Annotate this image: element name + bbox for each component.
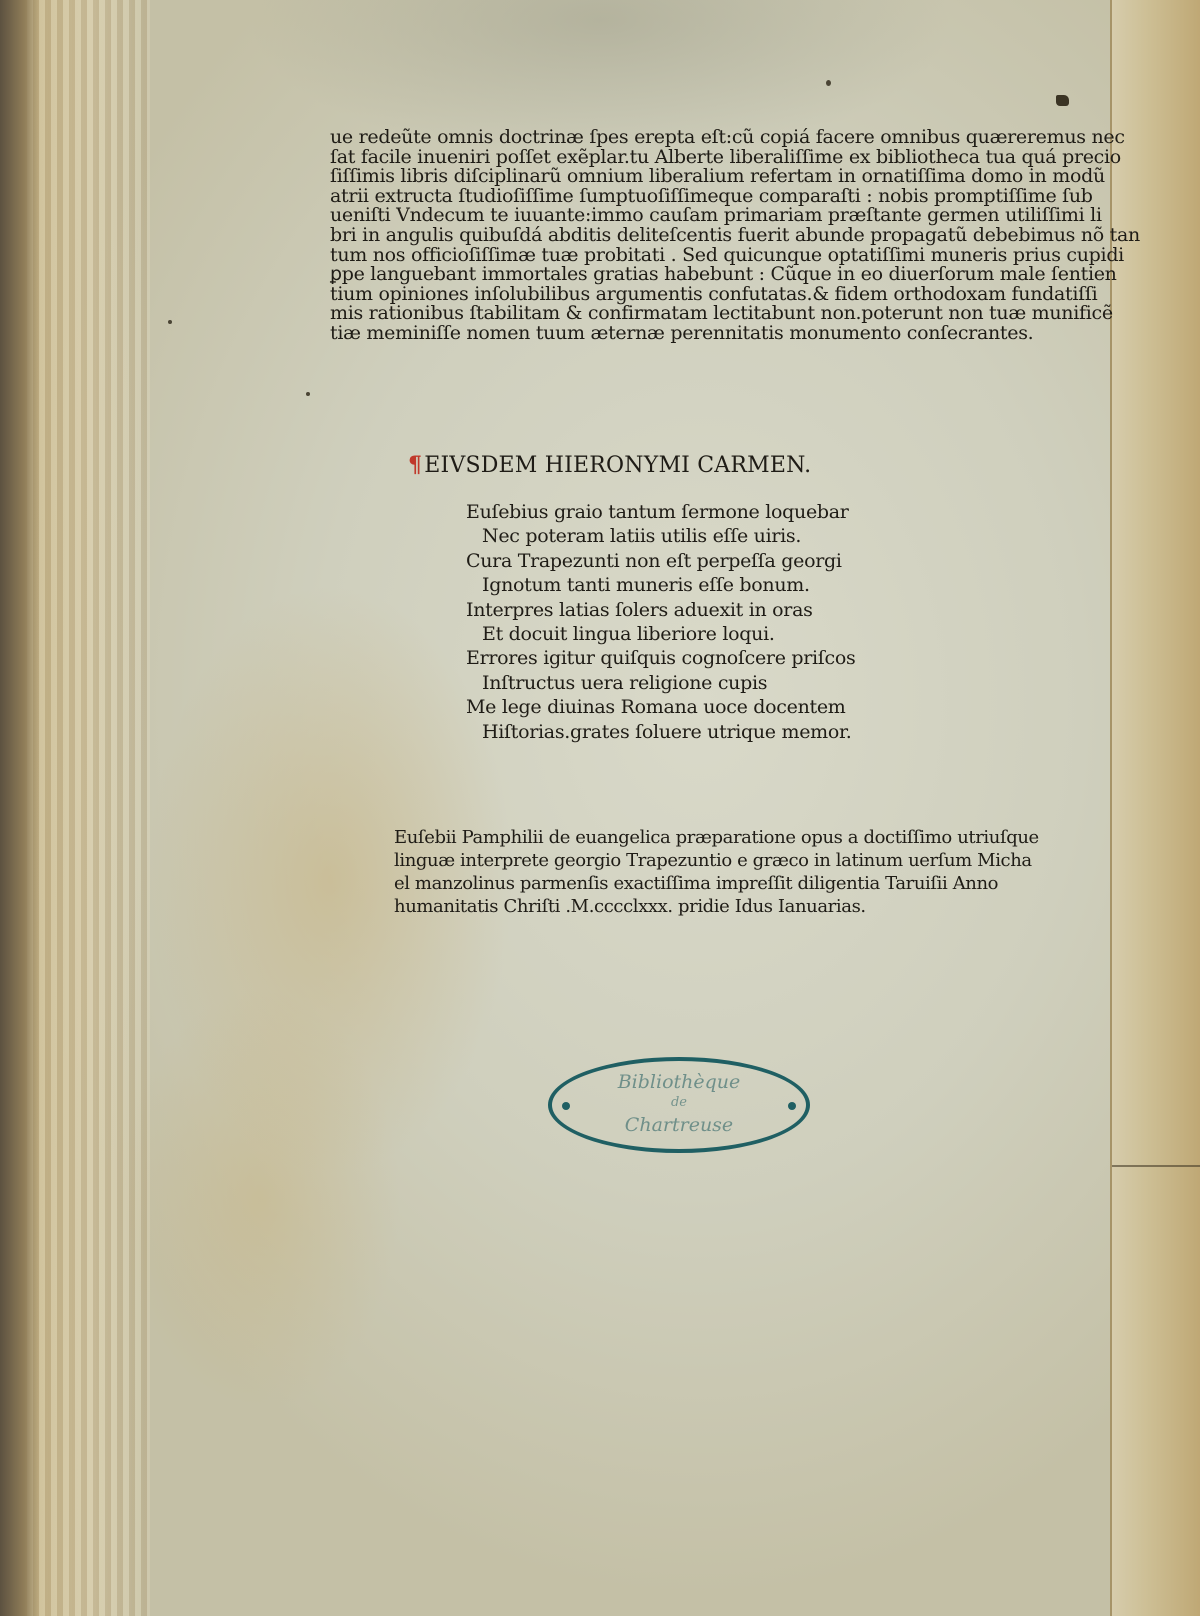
poem-line: Me lege diuinas Romana uoce docentem	[466, 695, 855, 719]
poem-heading: ¶EIVSDEM HIERONYMI CARMEN.	[408, 452, 811, 478]
paragraph-mark-icon: ¶	[408, 452, 422, 478]
prose-line: ꝑpe languebant immortales gratias habebu…	[330, 265, 1110, 285]
paper-tear-line	[1112, 1165, 1200, 1167]
prose-line: ue redeũte omnis doctrinæ ſpes erepta eſ…	[330, 128, 1110, 148]
stamp-line: Chartreuse	[552, 1114, 806, 1136]
ink-speck	[306, 392, 310, 396]
manuscript-page: ue redeũte omnis doctrinæ ſpes erepta eſ…	[0, 0, 1200, 1616]
signature-mark-icon	[1056, 95, 1069, 106]
poem-line: Hiſtorias.grates ſoluere utrique memor.	[466, 720, 855, 744]
stamp-line: de	[552, 1095, 806, 1110]
colophon-line: el manzolinus parmenſis exactiſſima impr…	[394, 872, 1039, 895]
poem-line: Ignotum tanti muneris eſſe bonum.	[466, 573, 855, 597]
page-stack-shadow	[0, 0, 40, 1616]
ink-speck	[826, 80, 831, 86]
prose-line: mis rationibus ſtabilitam & confirmatam …	[330, 304, 1110, 324]
colophon-line: linguæ interprete georgio Trapezuntio e …	[394, 849, 1039, 872]
prose-paragraph: ue redeũte omnis doctrinæ ſpes erepta eſ…	[330, 128, 1110, 344]
colophon: Euſebii Pamphilii de euangelica præparat…	[394, 826, 1039, 918]
colophon-line: humanitatis Chriſti .M.cccclxxx. pridie …	[394, 895, 1039, 918]
poem-line: Inſtructus uera religione cupis	[466, 671, 855, 695]
poem-line: Euſebius graio tantum ſermone loquebar	[466, 500, 855, 524]
poem-line: Errores igitur quiſquis cognoſcere priſc…	[466, 646, 855, 670]
prose-line: ſiſſimis libris diſciplinarũ omnium libe…	[330, 167, 1110, 187]
ink-speck	[168, 320, 172, 324]
poem-line: Cura Trapezunti non eſt perpeſſa georgi	[466, 549, 855, 573]
poem-line: Nec poteram latiis utilis eſſe uiris.	[466, 524, 855, 548]
heading-text: EIVSDEM HIERONYMI CARMEN.	[424, 453, 811, 478]
colophon-line: Euſebii Pamphilii de euangelica præparat…	[394, 826, 1039, 849]
poem-line: Et docuit lingua liberiore loqui.	[466, 622, 855, 646]
poem-carmen: Euſebius graio tantum ſermone loquebar N…	[466, 500, 855, 744]
prose-line: tiæ meminiſſe nomen tuum æternæ perennit…	[330, 324, 1110, 344]
poem-line: Interpres latias ſolers aduexit in oras	[466, 598, 855, 622]
prose-line: bri in angulis quibuſdá abditis deliteſc…	[330, 226, 1110, 246]
library-stamp: Bibliothèque de Chartreuse	[548, 1057, 810, 1153]
stamp-line: Bibliothèque	[552, 1071, 806, 1093]
